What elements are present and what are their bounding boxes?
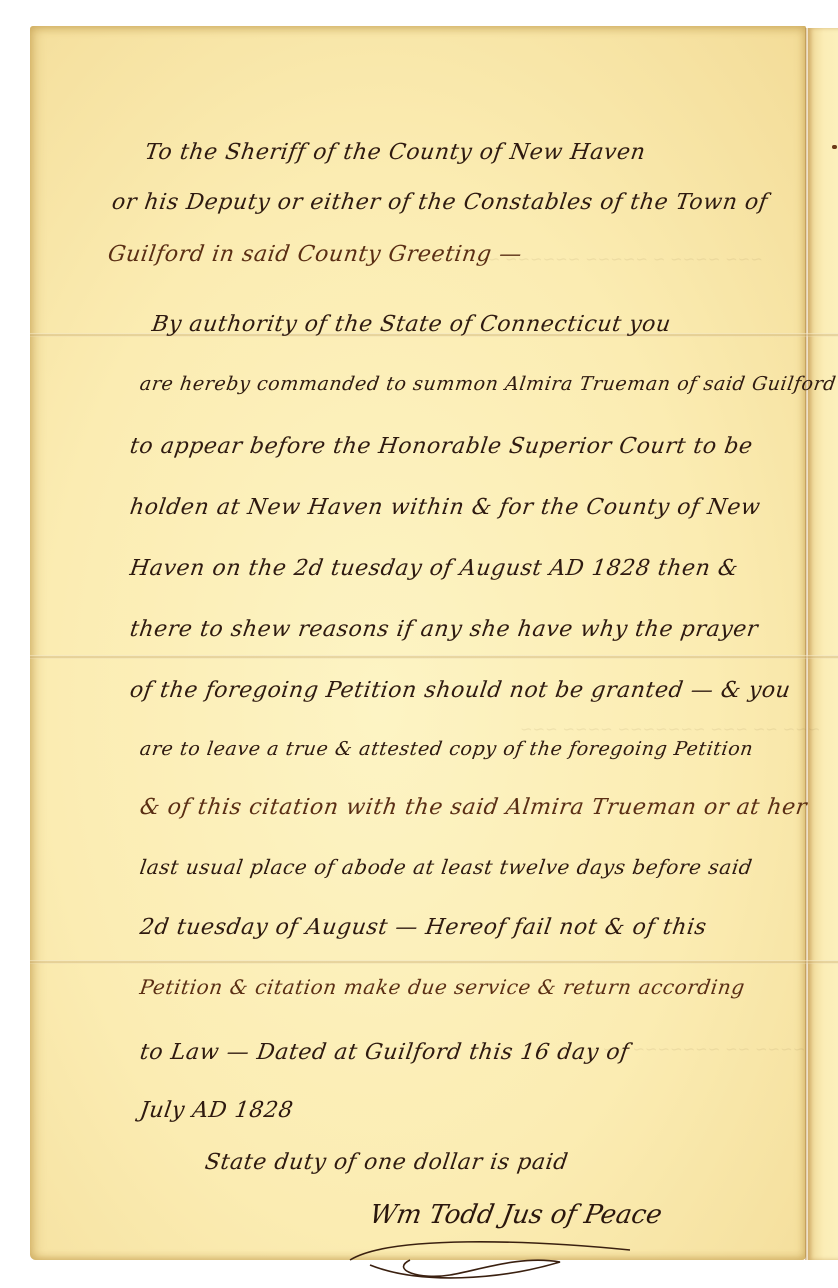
text-line-11: are to leave a true & attested copy of t… (138, 738, 754, 760)
signature: Wm Todd Jus of Peace (367, 1200, 664, 1230)
text-line-1: To the Sheriff of the County of New Have… (143, 140, 647, 165)
stamp-duty-note: State duty of one dollar is paid (203, 1150, 570, 1175)
text-line-15: Petition & citation make due service & r… (138, 975, 746, 999)
text-line-9: there to shew reasons if any she have wh… (128, 617, 759, 642)
horizontal-fold-2 (30, 655, 838, 659)
vertical-fold (805, 28, 808, 1260)
text-line-17: July AD 1828 (138, 1098, 295, 1123)
text-line-10: of the foregoing Petition should not be … (128, 678, 792, 703)
text-line-14: 2d tuesday of August — Hereof fail not &… (138, 915, 708, 940)
ink-mark (832, 145, 837, 149)
bleed-through: ~~~ ~~ ~~~ ~~~~~~~ ~~~~ ~~~ (520, 720, 820, 738)
horizontal-fold-3 (30, 960, 838, 964)
text-line-7: holden at New Haven within & for the Cou… (128, 495, 762, 520)
signature-flourish-icon (330, 1230, 650, 1288)
text-line-6: to appear before the Honorable Superior … (128, 434, 754, 459)
text-line-2: or his Deputy or either of the Constable… (110, 190, 769, 215)
text-line-12: & of this citation with the said Almira … (138, 795, 808, 820)
text-line-5: are hereby commanded to summon Almira Tr… (138, 373, 837, 395)
text-line-16: to Law — Dated at Guilford this 16 day o… (138, 1040, 630, 1065)
text-line-13: last usual place of abode at least twelv… (138, 855, 754, 879)
text-line-8: Haven on the 2d tuesday of August AD 182… (128, 556, 740, 581)
text-line-4: By authority of the State of Connecticut… (150, 312, 672, 337)
adjacent-page-edge (808, 28, 838, 1260)
text-line-3: Guilford in said County Greeting — (106, 242, 523, 267)
